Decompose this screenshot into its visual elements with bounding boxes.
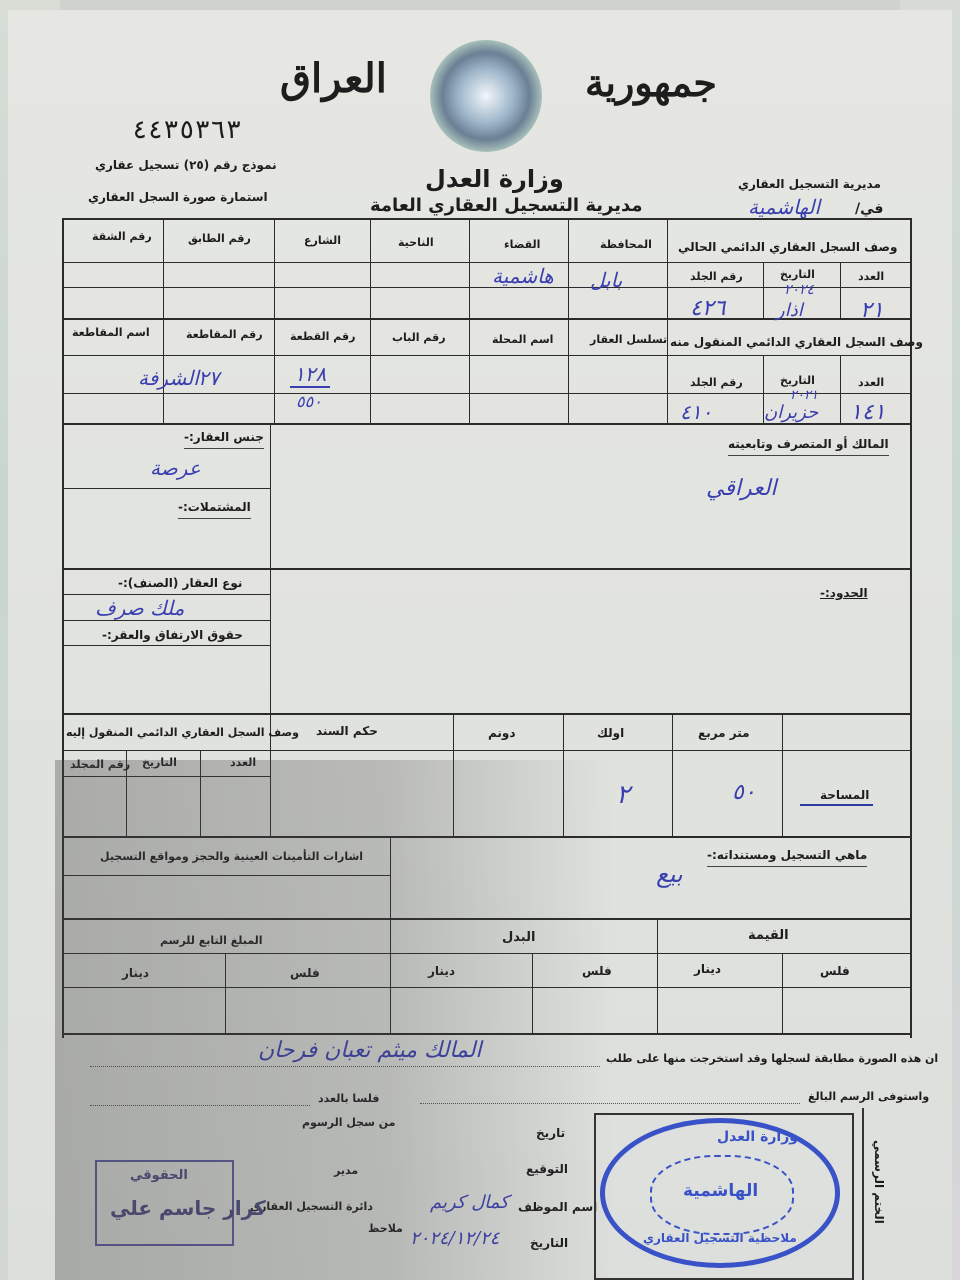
manager-stamp-name: كرار جاسم علي bbox=[110, 1196, 266, 1220]
to-record-label: وصف السجل العقاري الدائمي المنقول إليه bbox=[66, 726, 299, 739]
property-type-value: ملك صرف bbox=[95, 596, 184, 620]
contents-label: المشتملات:- bbox=[178, 500, 251, 519]
office-label: مديرية التسجيل العقاري bbox=[738, 177, 881, 191]
col-plot: رقم القطعة bbox=[290, 330, 355, 343]
from-sub-col-volume: رقم الجلد bbox=[690, 376, 743, 389]
department-label: دائرة التسجيل العقاري bbox=[250, 1200, 373, 1213]
issue-date-label: التاريخ bbox=[530, 1236, 568, 1250]
to-col-date: التاريخ bbox=[142, 756, 177, 769]
form-number: نموذج رقم (٢٥) تسجيل عقاري bbox=[95, 158, 277, 172]
frame-left bbox=[62, 218, 64, 1038]
fee-amount-label: المبلغ التابع للرسم bbox=[160, 934, 263, 947]
sub-col-date: التاريخ bbox=[780, 268, 815, 281]
sqm-value: ٥٠ bbox=[732, 780, 756, 805]
official-seal-label: الختم الرسمي bbox=[872, 1140, 886, 1224]
value-fils-label: فلس bbox=[820, 964, 850, 978]
fee-register-text: من سجل الرسوم bbox=[302, 1116, 395, 1129]
requester-line bbox=[90, 1066, 600, 1067]
seal-center-text: الهاشمية bbox=[683, 1181, 758, 1201]
from-date-month: حزيران bbox=[764, 402, 818, 423]
from-record-label: وصف السجل العقاري الدائمي المنقول منه bbox=[670, 335, 923, 349]
value-dinar-label: دينار bbox=[694, 962, 721, 976]
boundaries-label: الحدود:- bbox=[820, 586, 868, 600]
current-date-month: اذار bbox=[776, 300, 803, 321]
to-col-number: العدد bbox=[230, 756, 256, 769]
governorate-value: بابل bbox=[590, 268, 622, 292]
plot-sub-value: ٥٥٠ bbox=[296, 392, 322, 411]
sub-col-volume: رقم الجلد bbox=[690, 270, 743, 283]
serial-number: ٤٤٣٥٣٦٣ bbox=[132, 115, 242, 145]
deed-label: حكم السند bbox=[316, 724, 378, 738]
col-district: القضاء bbox=[504, 238, 540, 251]
col-apartment: رقم الشقة bbox=[92, 230, 152, 243]
olk-value: ٢ bbox=[616, 780, 630, 810]
col-subdistrict: الناحية bbox=[398, 236, 434, 249]
registration-label: ماهي التسجيل ومستنداته:- bbox=[707, 848, 867, 867]
col-locality: اسم المحلة bbox=[492, 333, 553, 346]
from-number-value: ١٤١ bbox=[850, 400, 885, 425]
current-record-label: وصف السجل العقاري الدائمي الحالي bbox=[678, 240, 897, 254]
property-gender-label: جنس العقار:- bbox=[184, 430, 264, 449]
district-name-value: الشرفة bbox=[138, 366, 199, 390]
from-sub-col-date: التاريخ bbox=[780, 374, 815, 387]
iraq-title: العراق bbox=[280, 55, 387, 102]
registration-value: بيع bbox=[656, 860, 683, 888]
property-gender-value: عرصة bbox=[150, 456, 201, 480]
ministry-title: وزارة العدل bbox=[425, 165, 564, 193]
signature-label: التوقيع bbox=[526, 1162, 568, 1176]
district-value: هاشمية bbox=[492, 264, 554, 288]
employee-value: كمال كريم bbox=[430, 1192, 509, 1213]
col-sequence: تسلسل العقار bbox=[590, 333, 667, 346]
area-label: المساحة bbox=[800, 788, 873, 806]
manager-stamp-title: الحقوقي bbox=[130, 1168, 188, 1183]
easement-label: حقوق الارتفاق والعقر:- bbox=[102, 628, 243, 642]
note-label: ملاحظ bbox=[368, 1222, 403, 1235]
manager-label: مدير bbox=[334, 1164, 358, 1177]
certify-text: ان هذه الصورة مطابقة لسجلها وقد استخرجت … bbox=[606, 1052, 938, 1065]
col-donum: دونم bbox=[488, 726, 516, 740]
fee-dinar-label: دينار bbox=[122, 966, 149, 980]
col-street: الشارع bbox=[304, 234, 341, 247]
mortgage-label: اشارات التأمينات العينية والحجز ومواقع ا… bbox=[100, 850, 363, 863]
sub-col-number: العدد bbox=[858, 270, 884, 283]
office-in-label: في/ bbox=[855, 201, 883, 217]
employee-label: اسم الموظف bbox=[518, 1200, 597, 1214]
from-volume-value: ٤١٠ bbox=[680, 400, 712, 424]
office-in-value: الهاشمية bbox=[748, 195, 820, 219]
col-sqm: متر مربع bbox=[698, 726, 750, 740]
owner-label: المالك أو المتصرف وتابعيته bbox=[728, 437, 889, 456]
date-label: تاريخ bbox=[536, 1126, 565, 1140]
district-number-value: ٢٧ bbox=[198, 366, 219, 390]
col-district-name: اسم المقاطعة bbox=[72, 326, 150, 339]
exchange-label: البدل bbox=[502, 930, 535, 945]
seal-bottom-text: ملاحظية التسجيل العقاري bbox=[643, 1231, 797, 1245]
current-volume-value: ٤٢٦ bbox=[690, 296, 725, 321]
fee-text: واستوفى الرسم البالغ bbox=[808, 1090, 929, 1103]
col-district-number: رقم المقاطعة bbox=[186, 328, 263, 341]
value-label: القيمة bbox=[748, 928, 789, 943]
to-col-volume: رقم المجلد bbox=[70, 758, 130, 771]
fils-number-text: فلسا بالعدد bbox=[318, 1092, 379, 1105]
from-sub-col-number: العدد bbox=[858, 376, 884, 389]
col-governorate: المحافظة bbox=[600, 238, 652, 251]
directorate-title: مديرية التسجيل العقاري العامة bbox=[370, 195, 643, 216]
frame-top bbox=[62, 218, 912, 220]
col-floor: رقم الطابق bbox=[188, 232, 251, 245]
owner-value: العراقي bbox=[706, 476, 777, 501]
col-door: رقم الباب bbox=[392, 331, 446, 344]
exchange-dinar-label: دينار bbox=[428, 964, 455, 978]
iraq-emblem-icon bbox=[430, 40, 542, 152]
current-number-value: ٢١ bbox=[860, 298, 884, 323]
seal-top-text: وزارة العدل bbox=[717, 1129, 798, 1145]
plot-value: ١٢٨ bbox=[290, 362, 330, 388]
requester-value: المالك ميثم تعبان فرحان bbox=[258, 1038, 482, 1063]
fee-fils-label: فلس bbox=[290, 966, 320, 980]
issue-date-value: ٢٠٢٤/١٢/٢٤ bbox=[410, 1228, 499, 1249]
property-type-label: نوع العقار (الصنف):- bbox=[118, 576, 242, 590]
exchange-fils-label: فلس bbox=[582, 964, 612, 978]
official-seal-stamp: وزارة العدل الهاشمية ملاحظية التسجيل الع… bbox=[600, 1118, 840, 1268]
col-olk: اولك bbox=[597, 726, 624, 740]
republic-title: جمهورية bbox=[585, 60, 717, 105]
from-date-year: ٢٠٢١ bbox=[790, 388, 818, 403]
form-name: استمارة صورة السجل العقاري bbox=[88, 190, 268, 204]
current-date-year: ٢٠٢٤ bbox=[784, 282, 814, 298]
